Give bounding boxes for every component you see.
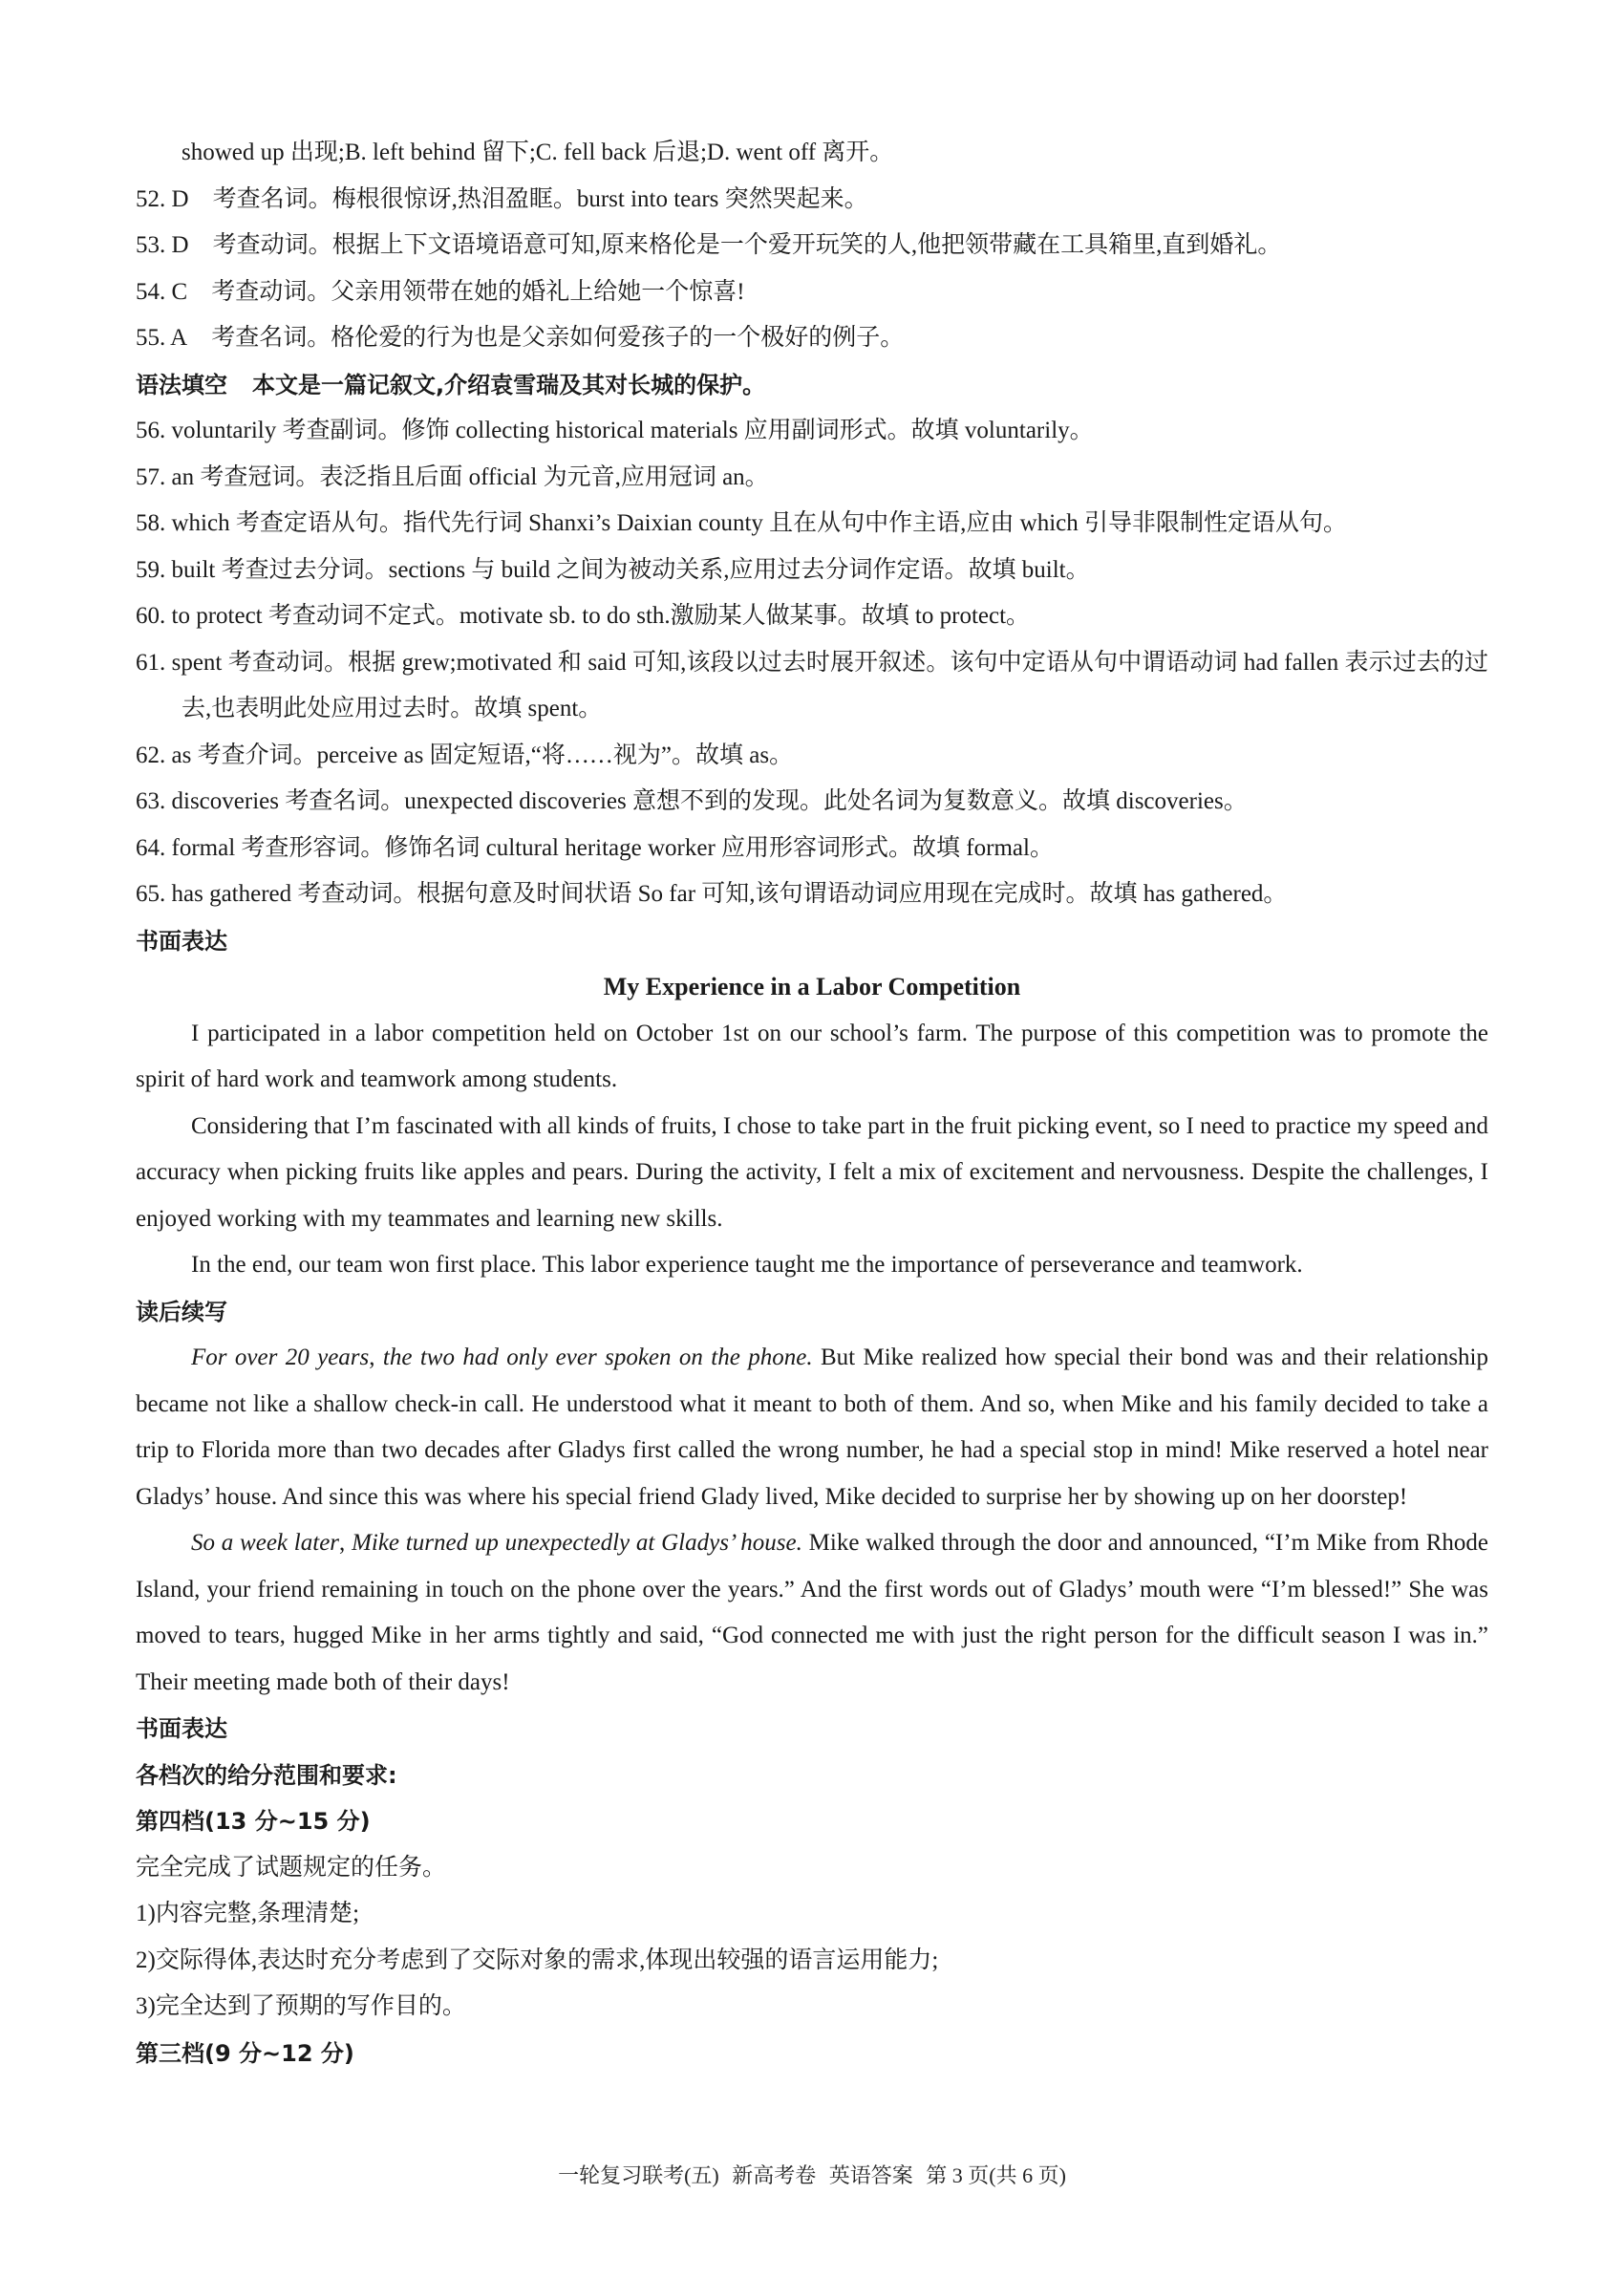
paper-type: 新高考卷 xyxy=(732,2163,816,2187)
answer-number: 52. D xyxy=(136,186,189,212)
answer-explanation: 考查名词。梅根很惊讶,热泪盈眶。burst into tears 突然哭起来。 xyxy=(213,186,868,212)
answer-explanation: discoveries 考查名词。unexpected discoveries … xyxy=(172,788,1248,814)
answer-explanation: which 考查定语从句。指代先行词 Shanxi’s Daixian coun… xyxy=(172,510,1348,536)
answer-number: 61. xyxy=(136,650,165,676)
given-opening-a: So a week later xyxy=(191,1530,339,1556)
answer-explanation: spent 考查动词。根据 grew;motivated 和 said 可知,该… xyxy=(172,650,1488,722)
answer-explanation: has gathered 考查动词。根据句意及时间状语 So far 可知,该句… xyxy=(172,881,1288,907)
answer-item-65: 65. has gathered 考查动词。根据句意及时间状语 So far 可… xyxy=(136,871,1488,918)
answer-number: 57. xyxy=(136,464,165,490)
answer-number: 64. xyxy=(136,835,165,861)
answer-number: 63. xyxy=(136,788,165,814)
exam-name: 一轮复习联考(五) xyxy=(558,2163,719,2187)
answer-item-54: 54. C 考查动词。父亲用领带在她的婚礼上给她一个惊喜! xyxy=(136,269,1488,316)
section-title: 语法填空 xyxy=(136,372,227,398)
answer-number: 53. D xyxy=(136,232,189,258)
scoring-subheading: 各档次的给分范围和要求: xyxy=(136,1753,1488,1799)
answer-explanation: formal 考查形容词。修饰名词 cultural heritage work… xyxy=(172,835,1054,861)
vocab-continuation: showed up 出现;B. left behind 留下;C. fell b… xyxy=(136,130,1488,177)
continuation-paragraph-1: For over 20 years, the two had only ever… xyxy=(136,1335,1488,1520)
answer-item-64: 64. formal 考查形容词。修饰名词 cultural heritage … xyxy=(136,826,1488,872)
answer-explanation: built 考查过去分词。sections 与 build 之间为被动关系,应用… xyxy=(172,557,1090,583)
section-summary: 本文是一篇记叙文,介绍袁雪瑞及其对长城的保护。 xyxy=(252,372,765,398)
answer-explanation: 考查动词。根据上下文语境语意可知,原来格伦是一个爱开玩笑的人,他把领带藏在工具箱… xyxy=(213,232,1282,258)
continuation-section-heading: 读后续写 xyxy=(136,1289,1488,1336)
scoring-section-heading: 书面表达 xyxy=(136,1706,1488,1753)
answer-number: 65. xyxy=(136,881,165,907)
tier-4-point-2: 2)交际得体,表达时充分考虑到了交际对象的需求,体现出较强的语言运用能力; xyxy=(136,1938,1488,1985)
tier-4-description: 完全完成了试题规定的任务。 xyxy=(136,1845,1488,1892)
answer-number: 56. xyxy=(136,418,165,443)
answer-item-55: 55. A 考查名词。格伦爱的行为也是父亲如何爱孩子的一个极好的例子。 xyxy=(136,315,1488,362)
answer-number: 58. xyxy=(136,510,165,536)
answer-explanation: as 考查介词。perceive as 固定短语,“将……视为”。故填 as。 xyxy=(172,742,794,768)
writing-section-heading: 书面表达 xyxy=(136,918,1488,965)
given-opening-a: For over 20 years xyxy=(191,1344,369,1370)
answer-number: 55. A xyxy=(136,325,187,351)
answer-number: 62. xyxy=(136,742,165,768)
tier-4-point-3: 3)完全达到了预期的写作目的。 xyxy=(136,1984,1488,2031)
answer-item-56: 56. voluntarily 考查副词。修饰 collecting histo… xyxy=(136,408,1488,455)
essay-title: My Experience in a Labor Competition xyxy=(136,964,1488,1011)
tier-3-title: 第三档(9 分~12 分) xyxy=(136,2031,1488,2077)
answer-explanation: voluntarily 考查副词。修饰 collecting historica… xyxy=(172,418,1094,443)
answer-explanation: 考查动词。父亲用领带在她的婚礼上给她一个惊喜! xyxy=(211,279,744,305)
separator: , xyxy=(339,1530,352,1556)
answer-item-52: 52. D 考查名词。梅根很惊讶,热泪盈眶。burst into tears 突… xyxy=(136,177,1488,224)
answer-item-53: 53. D 考查动词。根据上下文语境语意可知,原来格伦是一个爱开玩笑的人,他把领… xyxy=(136,223,1488,269)
given-opening-b: Mike turned up unexpectedly at Gladys’ h… xyxy=(352,1530,802,1556)
subject-label: 英语答案 xyxy=(829,2163,913,2187)
answer-item-57: 57. an 考查冠词。表泛指且后面 official 为元音,应用冠词 an。 xyxy=(136,455,1488,502)
answer-number: 54. C xyxy=(136,279,187,305)
answer-item-63: 63. discoveries 考查名词。unexpected discover… xyxy=(136,779,1488,826)
answer-number: 59. xyxy=(136,557,165,583)
answer-item-59: 59. built 考查过去分词。sections 与 build 之间为被动关… xyxy=(136,548,1488,594)
separator: , xyxy=(369,1344,383,1370)
essay-paragraph-2: Considering that I’m fascinated with all… xyxy=(136,1104,1488,1243)
answer-sheet-page: showed up 出现;B. left behind 留下;C. fell b… xyxy=(136,130,1488,2076)
answer-explanation: to protect 考查动词不定式。motivate sb. to do st… xyxy=(172,603,1031,629)
answer-explanation: 考查名词。格伦爱的行为也是父亲如何爱孩子的一个极好的例子。 xyxy=(211,325,904,351)
given-opening-b: the two had only ever spoken on the phon… xyxy=(383,1344,813,1370)
page-number: 第 3 页(共 6 页) xyxy=(926,2163,1066,2187)
answer-item-61: 61. spent 考查动词。根据 grew;motivated 和 said … xyxy=(136,640,1488,733)
essay-paragraph-1: I participated in a labor competition he… xyxy=(136,1011,1488,1104)
essay-paragraph-3: In the end, our team won first place. Th… xyxy=(136,1242,1488,1289)
tier-4-title: 第四档(13 分~15 分) xyxy=(136,1798,1488,1845)
continuation-paragraph-2: So a week later, Mike turned up unexpect… xyxy=(136,1520,1488,1706)
tier-4-point-1: 1)内容完整,条理清楚; xyxy=(136,1891,1488,1938)
answer-number: 60. xyxy=(136,603,165,629)
answer-explanation: an 考查冠词。表泛指且后面 official 为元音,应用冠词 an。 xyxy=(172,464,769,490)
page-footer: 一轮复习联考(五) 新高考卷 英语答案 第 3 页(共 6 页) xyxy=(0,2162,1624,2190)
answer-item-62: 62. as 考查介词。perceive as 固定短语,“将……视为”。故填 … xyxy=(136,733,1488,780)
answer-item-58: 58. which 考查定语从句。指代先行词 Shanxi’s Daixian … xyxy=(136,501,1488,548)
answer-item-60: 60. to protect 考查动词不定式。motivate sb. to d… xyxy=(136,593,1488,640)
grammar-section-heading: 语法填空本文是一篇记叙文,介绍袁雪瑞及其对长城的保护。 xyxy=(136,362,1488,409)
